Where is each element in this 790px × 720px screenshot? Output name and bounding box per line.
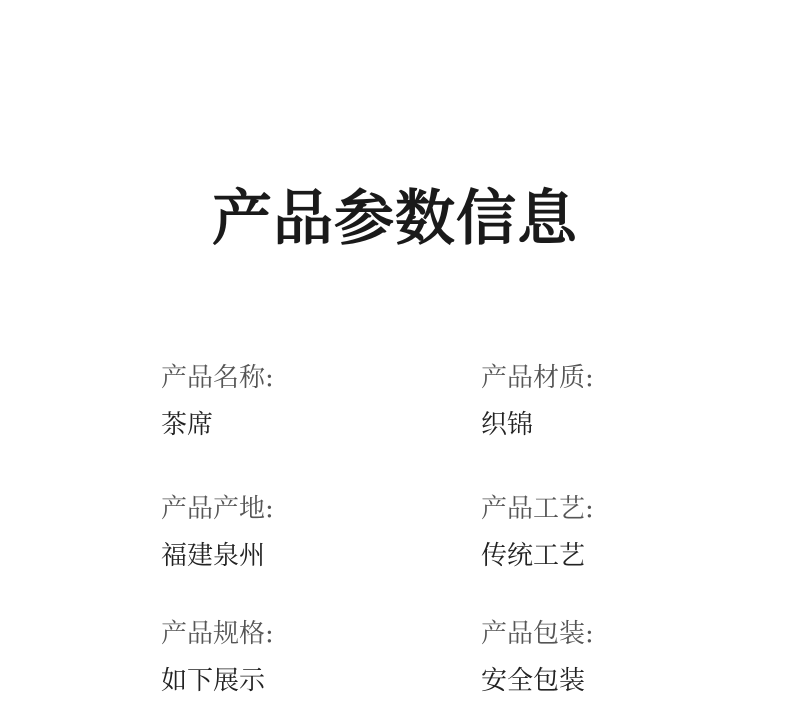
param-value: 如下展示 bbox=[161, 665, 461, 697]
param-label: 产品包装: bbox=[481, 618, 781, 650]
param-label: 产品产地: bbox=[161, 493, 461, 525]
param-product-origin: 产品产地: 福建泉州 bbox=[161, 493, 461, 572]
param-product-spec: 产品规格: 如下展示 bbox=[161, 618, 461, 697]
param-value: 织锦 bbox=[481, 409, 781, 441]
param-label: 产品材质: bbox=[481, 362, 781, 394]
param-label: 产品名称: bbox=[161, 362, 461, 394]
param-product-name: 产品名称: 茶席 bbox=[161, 362, 461, 441]
param-product-packaging: 产品包装: 安全包装 bbox=[481, 618, 781, 697]
param-product-craft: 产品工艺: 传统工艺 bbox=[481, 493, 781, 572]
page-title: 产品参数信息 bbox=[0, 181, 790, 257]
param-value: 福建泉州 bbox=[161, 540, 461, 572]
param-value: 茶席 bbox=[161, 409, 461, 441]
product-params-page: 产品参数信息 产品名称: 茶席 产品材质: 织锦 产品产地: 福建泉州 产品工艺… bbox=[0, 0, 790, 720]
param-label: 产品规格: bbox=[161, 618, 461, 650]
param-value: 安全包装 bbox=[481, 665, 781, 697]
param-product-material: 产品材质: 织锦 bbox=[481, 362, 781, 441]
param-label: 产品工艺: bbox=[481, 493, 781, 525]
param-value: 传统工艺 bbox=[481, 540, 781, 572]
